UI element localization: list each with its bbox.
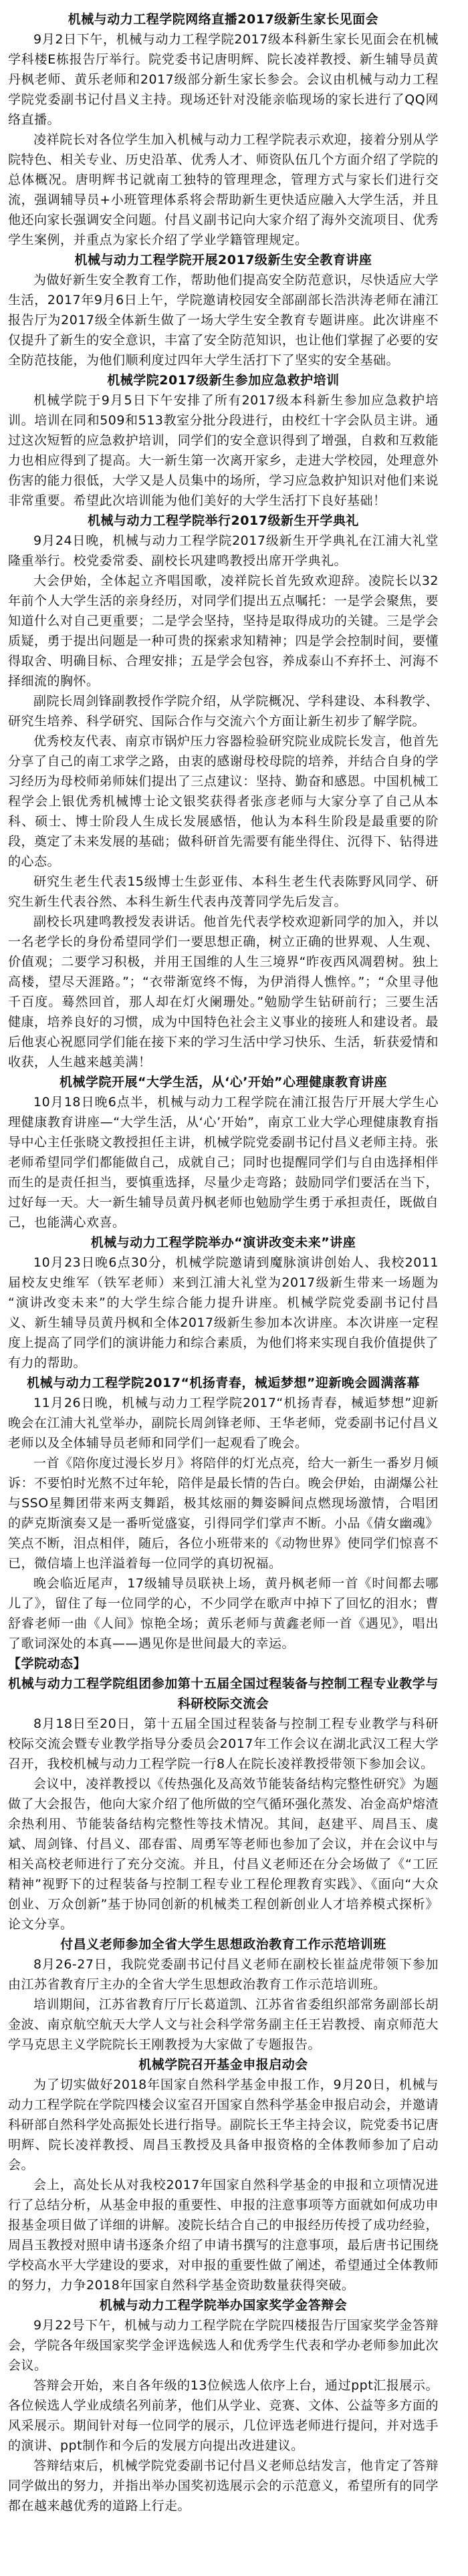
article-paragraph: 为做好新生安全教育工作，帮助他们提高安全防范意识，尽快适应大学生活，2017年9… — [8, 270, 439, 370]
article-paragraph: 9月24日晚，机械与动力工程学院2017级新生开学典礼在江浦大礼堂隆重举行。校党… — [8, 531, 439, 571]
article-paragraph: 8月18日至20日，第十五届全国过程装备与控制工程专业教学与科研校际交流会暨专业… — [8, 1714, 439, 1774]
document-page: 机械与动力工程学院网络直播2017级新生家长见面会 9月2日下午，机械与动力工程… — [0, 0, 468, 2536]
article-paragraph: 8月26-27日，我院党委副书记付昌义老师在副校长崔益虎带领下参加由江苏省教育厅… — [8, 1954, 439, 1994]
article-paragraph: 一首《陪你度过漫长岁月》将陪伴的灯光点亮，给大一新生一番岁月倾诉：不要怕时光熬不… — [8, 1453, 439, 1573]
article-paragraph: 答辩会开始，来自各年级的13位候选人依序上台，通过ppt汇报展示。各位候选人学业… — [8, 2375, 439, 2456]
article-title: 机械学院2017级新生参加应急救护培训 — [8, 370, 439, 390]
article-paragraph: 机械学院于9月5日下午安排了所有2017级本科新生参加应急救护培训。培训在同和5… — [8, 390, 439, 511]
article-paragraph: 9月22号下午，机械与动力工程学院在学院四楼报告厅国家奖学金答辩会，学院各年级国… — [8, 2315, 439, 2375]
article-title: 机械与动力工程学院开展2017级新生安全教育讲座 — [8, 250, 439, 270]
article-paragraph: 优秀校友代表、南京市锅炉压力容器检验研究院业成院长发言，他首先分享了自己的南工求… — [8, 731, 439, 872]
article-title: 机械与动力工程学院网络直播2017级新生家长见面会 — [8, 9, 439, 29]
article-paragraph: 10月23日晚6点30分，机械学院邀请到魔脉演讲创始人、我校2011届校友史维军… — [8, 1253, 439, 1373]
section-label: 【学院动态】 — [8, 1654, 439, 1674]
article-paragraph: 会上，高处长从对我校2017年国家自然科学基金的申报和立项情况进行了总结分析，从… — [8, 2175, 439, 2295]
article-title: 付昌义老师参加全省大学生思想政治教育工作示范培训班 — [8, 1934, 439, 1954]
article-paragraph: 凌祥院长对各位学生加入机械与动力工程学院表示欢迎，接着分别从学院特色、相关专业、… — [8, 130, 439, 250]
article-paragraph: 答辩结束后，机械学院党委副书记付昌义老师总结发言，他肯定了答辩同学做出的努力，并… — [8, 2456, 439, 2516]
article-title: 机械与动力工程学院举办国家奖学金答辩会 — [8, 2295, 439, 2315]
article-paragraph: 培训期间，江苏省教育厅厅长葛道凯、江苏省省委组织部常务副部长胡金波、南京航空航天… — [8, 1994, 439, 2055]
article-title: 机械学院开展“大学生活，从‘心’开始”心理健康教育讲座 — [8, 1072, 439, 1092]
article-paragraph: 研究生老生代表15级博士生彭亚伟、本科生老生代表陈野风同学、研究生新生代表谷然、… — [8, 872, 439, 912]
article-paragraph: 为了切实做好2018年国家自然科学基金申报工作，9月20日，机械与动力工程学院在… — [8, 2075, 439, 2175]
article-paragraph: 副院长周剑锋副教授作学院介绍，从学院概况、学科建设、本科教学、研究生培养、科学研… — [8, 691, 439, 731]
article-title: 机械与动力工程学院举行2017级新生开学典礼 — [8, 511, 439, 531]
article-paragraph: 10月18日晚6点半，机械与动力工程学院在浦江报告厅开展大学生心理健康教育讲座—… — [8, 1092, 439, 1233]
article-paragraph: 副校长巩建鸣教授发表讲话。他首先代表学校欢迎新同学的加入，并以一名老学长的身份希… — [8, 912, 439, 1072]
article-title: 机械学院召开基金申报启动会 — [8, 2055, 439, 2075]
article-paragraph: 11月26日晚，机械与动力工程学院2017“机扬青春，械逅梦想”迎新晚会在江浦大… — [8, 1393, 439, 1453]
article-title: 机械与动力工程学院组团参加第十五届全国过程装备与控制工程专业教学与科研校际交流会 — [8, 1674, 439, 1714]
article-paragraph: 9月2日下午，机械与动力工程学院2017级本科新生家长见面会在机械学科楼E栋报告… — [8, 29, 439, 130]
article-title: 机械与动力工程学院2017“机扬青春，械逅梦想”迎新晚会圆满落幕 — [8, 1373, 439, 1393]
article-title: 机械与动力工程学院举办“演讲改变未来”讲座 — [8, 1233, 439, 1253]
article-paragraph: 晚会临近尾声，17级辅导员联袂上场，黄丹枫老师一首《时间都去哪儿了》，留住了每一… — [8, 1573, 439, 1654]
article-paragraph: 会议中，凌祥教授以《传热强化及高效节能装备结构完整性研究》为题做了大会报告，他向… — [8, 1774, 439, 1934]
article-paragraph: 大会伊始，全体起立齐唱国歌，凌祥院长首先致欢迎辞。凌院长以32年前个人大学生活的… — [8, 571, 439, 691]
